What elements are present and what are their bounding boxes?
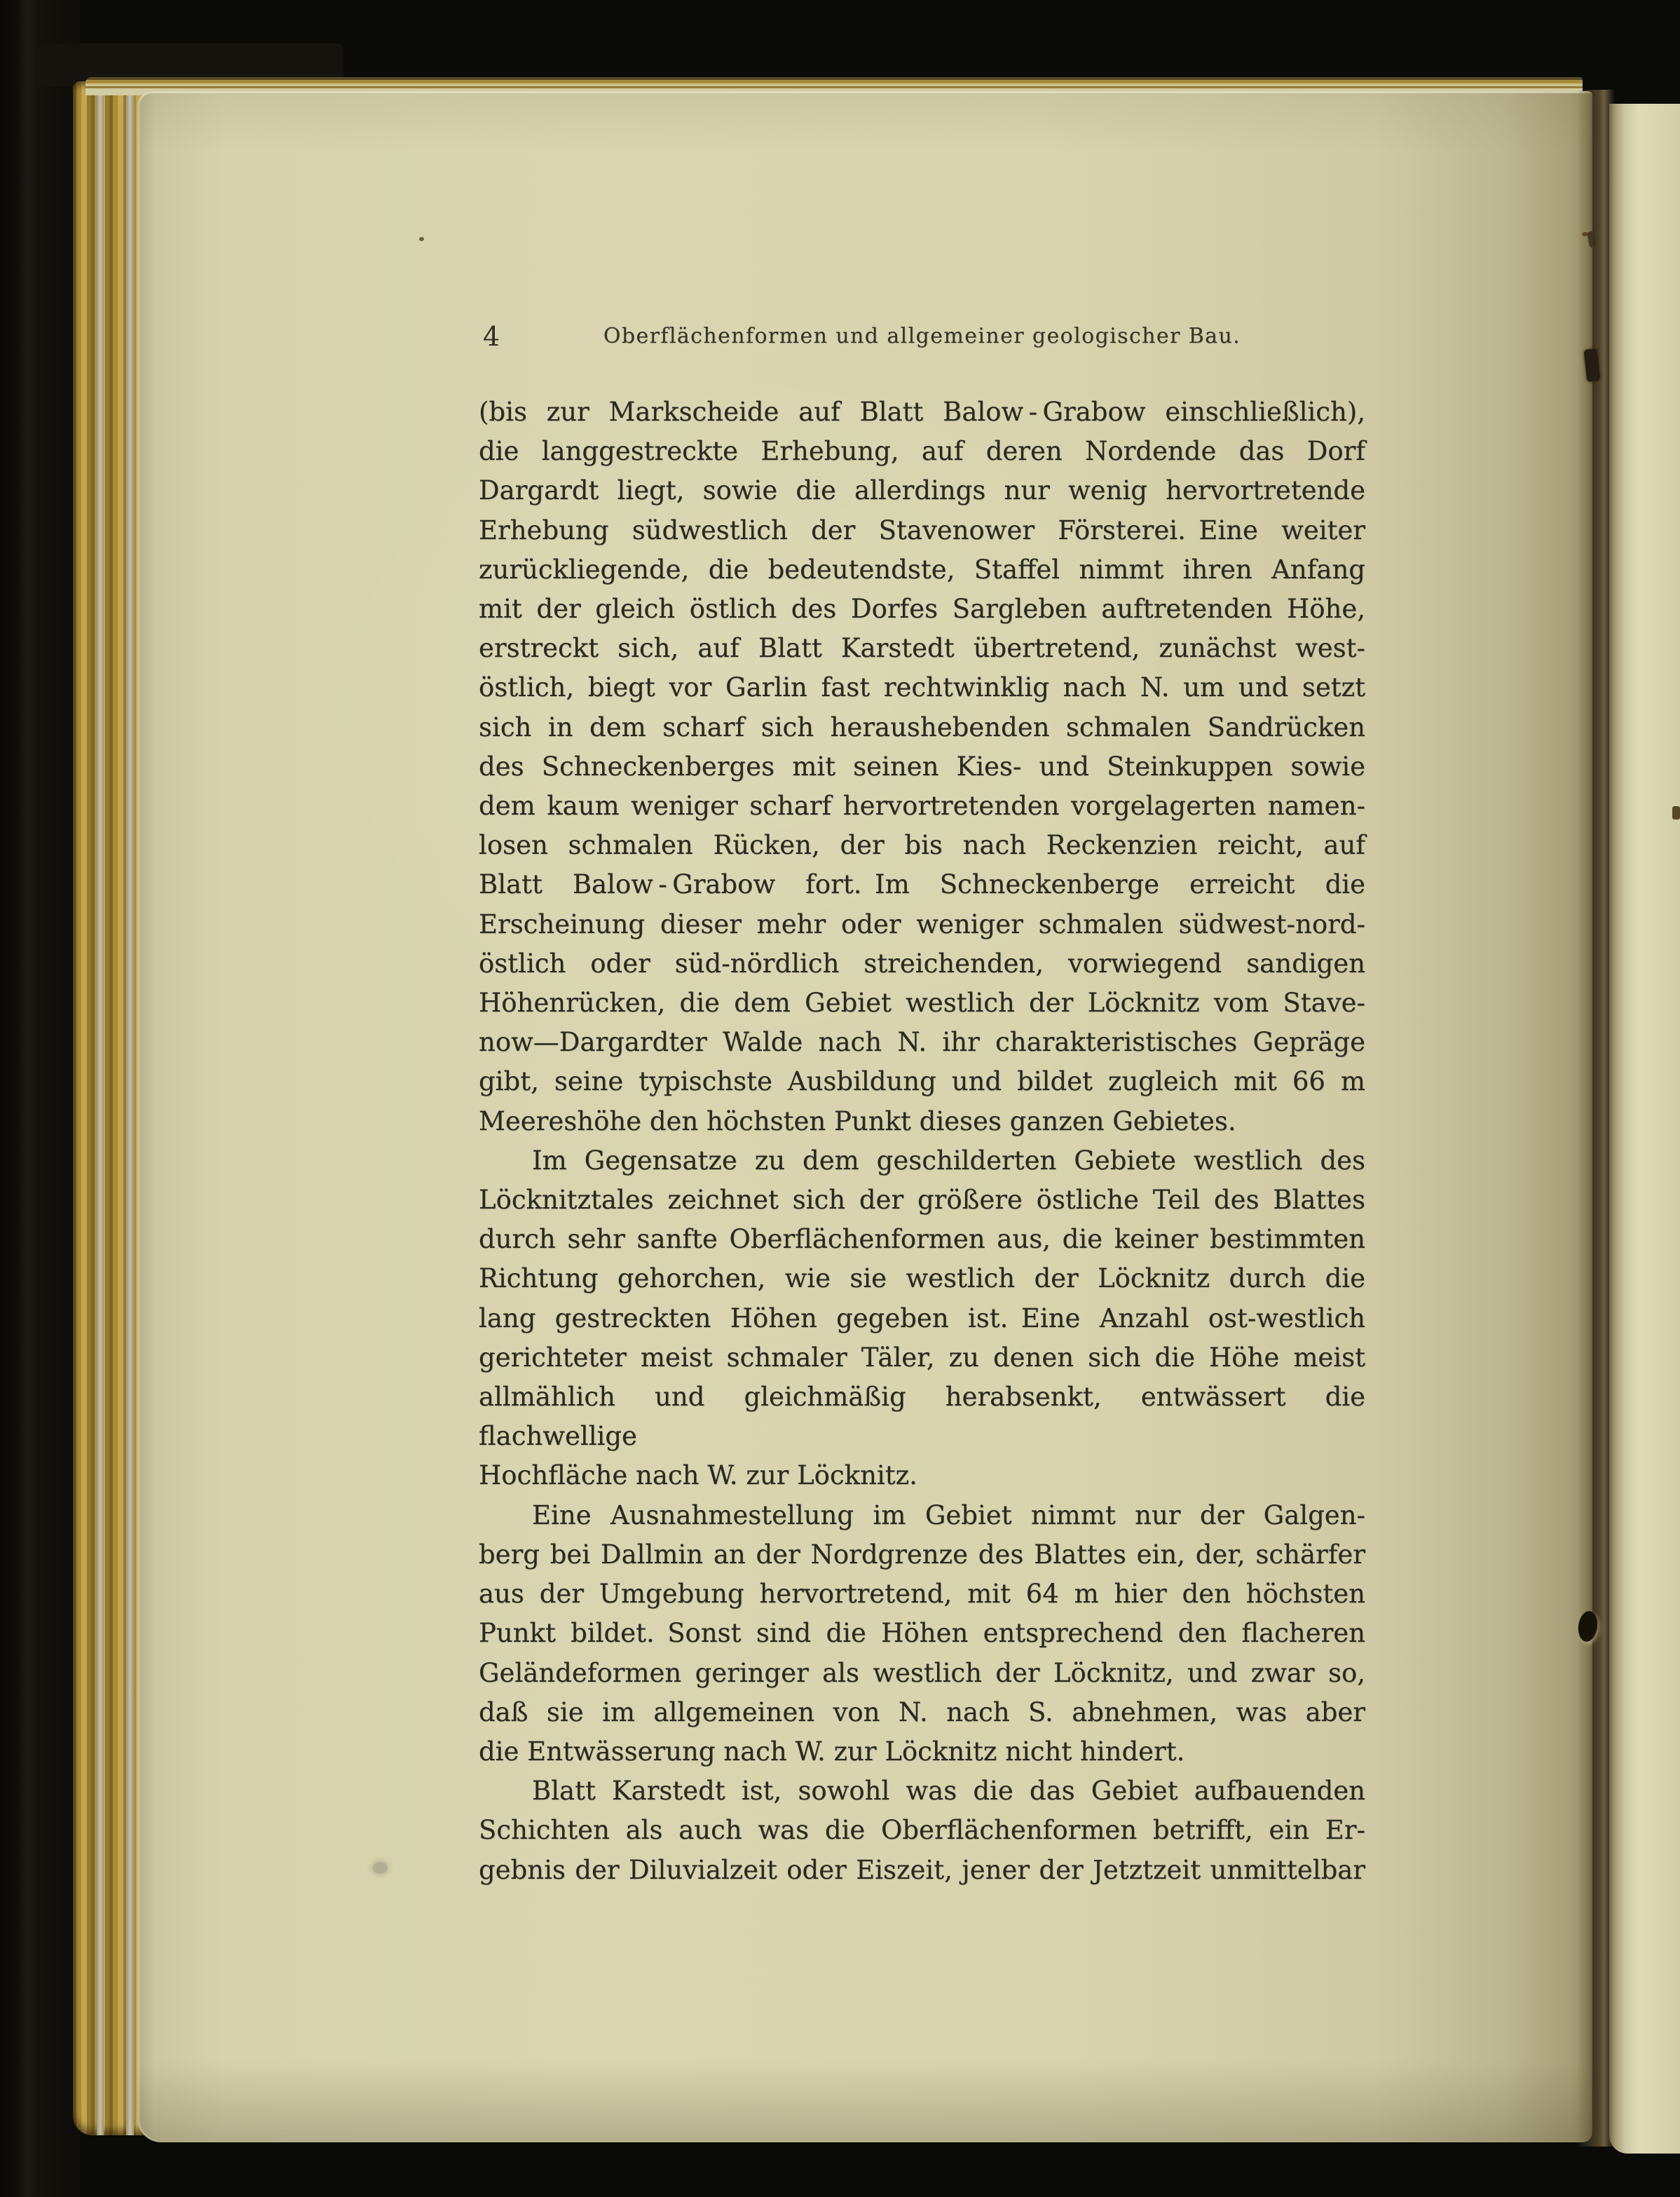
text-line: östlich oder süd-nördlich streichenden, … xyxy=(479,944,1365,984)
text-line: Punkt bildet. Sonst sind die Höhen entsp… xyxy=(479,1614,1365,1653)
page-edge-stripe xyxy=(126,81,134,2135)
text-line: Erscheinung dieser mehr oder weniger sch… xyxy=(479,905,1365,944)
paragraph: Im Gegensatze zu dem geschilderten Gebie… xyxy=(479,1141,1365,1496)
text-line: Dargardt liegt, sowie die allerdings nur… xyxy=(479,471,1365,510)
text-line: Im Gegensatze zu dem geschilderten Gebie… xyxy=(479,1141,1365,1181)
facing-page-edge xyxy=(1609,104,1680,2154)
text-line: Höhenrücken, die dem Gebiet westlich der… xyxy=(479,984,1365,1023)
text-line: dem kaum weniger scharf hervortretenden … xyxy=(479,787,1365,826)
book-cover-edge xyxy=(0,0,80,2197)
ink-speck xyxy=(419,237,424,241)
text-line: des Schneckenberges mit seinen Kies- und… xyxy=(479,747,1365,787)
text-line: Erhebung südwestlich der Stavenower Förs… xyxy=(479,511,1365,550)
text-line: mit der gleich östlich des Dorfes Sargle… xyxy=(479,590,1365,629)
text-line: sich in dem scharf sich heraushebenden s… xyxy=(479,708,1365,747)
text-line: die langgestreckte Erhebung, auf deren N… xyxy=(479,432,1365,471)
text-line: allmählich und gleichmäßig herabsenkt, e… xyxy=(479,1378,1365,1456)
text-line: Geländeformen geringer als westlich der … xyxy=(479,1654,1365,1693)
text-line: losen schmalen Rücken, der bis nach Reck… xyxy=(479,826,1365,865)
book-scan: { "page": { "number": "4", "running_titl… xyxy=(0,0,1680,2197)
paper-smudge xyxy=(373,1862,388,1874)
running-header: 4 Oberflächenformen und allgemeiner geol… xyxy=(479,324,1365,359)
text-line: aus der Umgebung hervortretend, mit 64 m… xyxy=(479,1574,1365,1614)
text-line: östlich, biegt vor Garlin fast rechtwink… xyxy=(479,668,1365,707)
running-title: Oberflächenformen und allgemeiner geolog… xyxy=(479,324,1365,348)
text-line: zurückliegende, die bedeutendste, Staffe… xyxy=(479,550,1365,590)
text-line: die Entwässerung nach W. zur Löcknitz ni… xyxy=(479,1732,1365,1771)
text-line: erstreckt sich, auf Blatt Karstedt übert… xyxy=(479,629,1365,668)
text-line: lang gestreckten Höhen gegeben ist. Eine… xyxy=(479,1299,1365,1338)
text-line: gebnis der Diluvialzeit oder Eiszeit, je… xyxy=(479,1851,1365,1890)
text-line: Richtung gehorchen, wie sie westlich der… xyxy=(479,1259,1365,1298)
text-line: berg bei Dallmin an der Nordgrenze des B… xyxy=(479,1535,1365,1574)
text-line: Meereshöhe den höchsten Punkt dieses gan… xyxy=(479,1102,1365,1141)
page: 4 Oberflächenformen und allgemeiner geol… xyxy=(137,91,1592,2142)
page-text: (bis zur Markscheide auf Blatt Balow - G… xyxy=(479,393,1365,1890)
page-edge-stripe xyxy=(97,81,104,2135)
text-line: Hochfläche nach W. zur Löcknitz. xyxy=(479,1456,1365,1495)
text-line: daß sie im allgemeinen von N. nach S. ab… xyxy=(479,1693,1365,1732)
text-line: Blatt Balow - Grabow fort. Im Schneckenb… xyxy=(479,865,1365,904)
text-line: Eine Ausnahmestellung im Gebiet nimmt nu… xyxy=(479,1496,1365,1535)
text-line: gerichteter meist schmaler Täler, zu den… xyxy=(479,1338,1365,1378)
text-line: now—Dargardter Walde nach N. ihr charakt… xyxy=(479,1023,1365,1062)
text-line: gibt, seine typischste Ausbildung und bi… xyxy=(479,1062,1365,1101)
text-line: Schichten als auch was die Oberflächenfo… xyxy=(479,1811,1365,1850)
text-line: (bis zur Markscheide auf Blatt Balow - G… xyxy=(479,393,1365,432)
paragraph: Blatt Karstedt ist, sowohl was die das G… xyxy=(479,1771,1365,1890)
text-line: durch sehr sanfte Oberflächenformen aus,… xyxy=(479,1220,1365,1259)
edge-mark xyxy=(1672,806,1680,819)
paragraph: Eine Ausnahmestellung im Gebiet nimmt nu… xyxy=(479,1496,1365,1771)
text-line: Blatt Karstedt ist, sowohl was die das G… xyxy=(479,1771,1365,1811)
paragraph: (bis zur Markscheide auf Blatt Balow - G… xyxy=(479,393,1365,1141)
text-line: Löcknitztales zeichnet sich der größere … xyxy=(479,1181,1365,1220)
gutter-speck xyxy=(1582,232,1588,236)
page-number: 4 xyxy=(483,321,500,352)
